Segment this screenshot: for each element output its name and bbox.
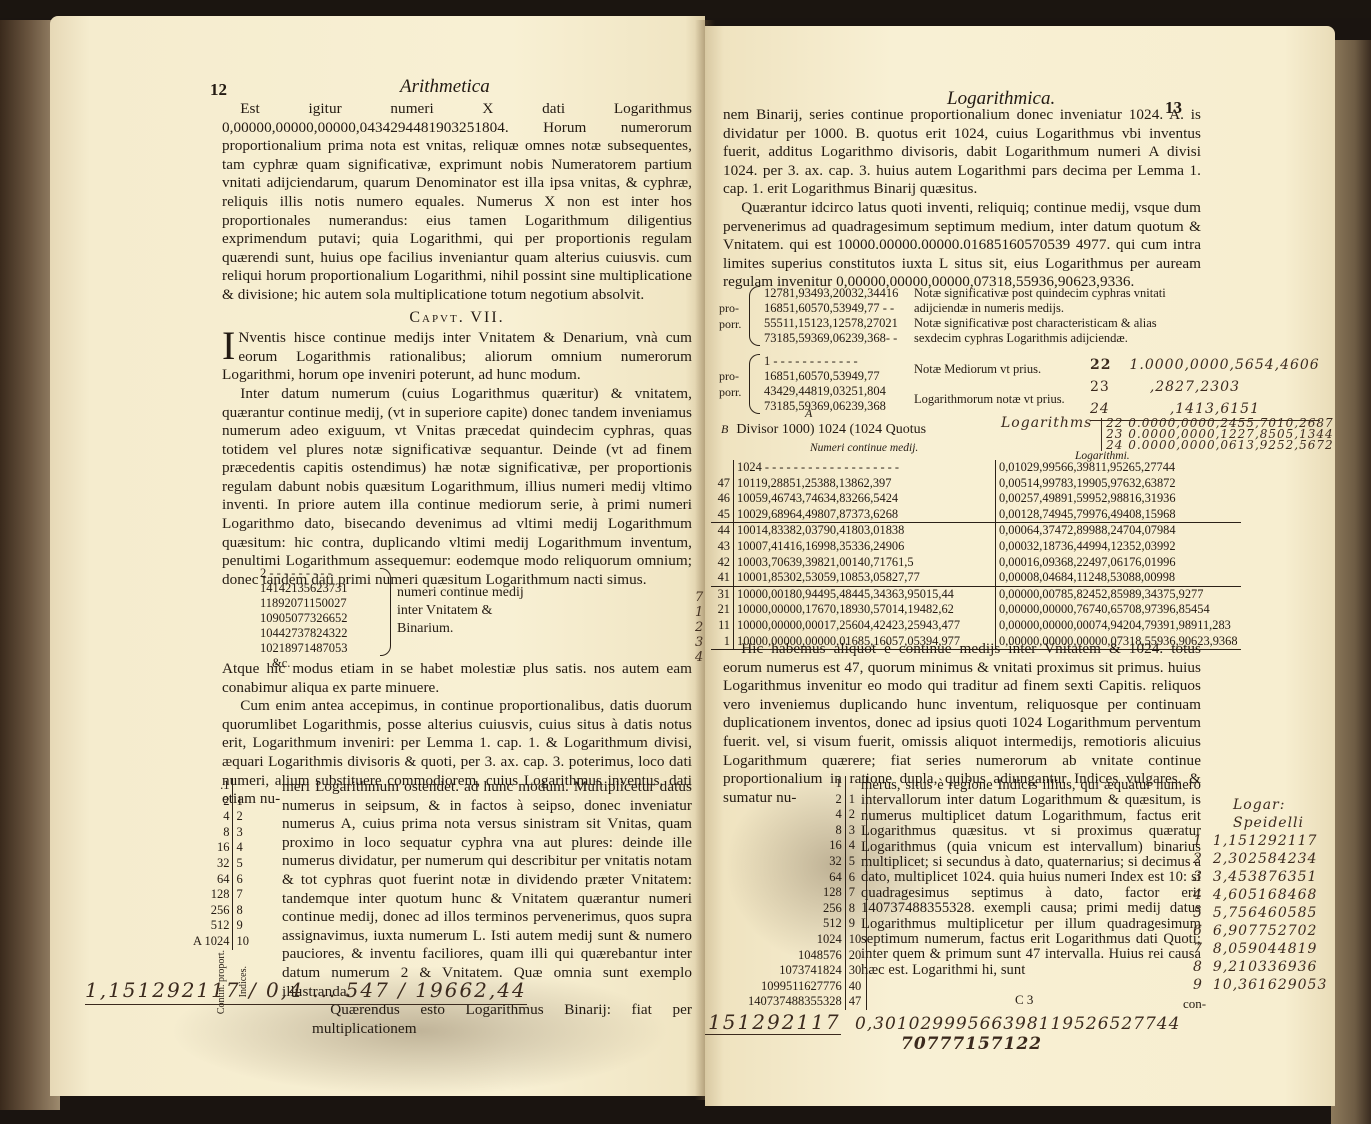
proportion-values-2: 1 - - - - - - - - - - - - 16851,60570,53…	[764, 354, 914, 414]
proportion-notes-1: Notæ significativæ post quindecim cyphra…	[914, 286, 1194, 346]
drop-cap: I	[222, 329, 235, 363]
left-brace	[749, 286, 760, 346]
left-page: 12 Arithmetica Est igitur numeri X dati …	[50, 16, 705, 1096]
book-spread: 12 Arithmetica Est igitur numeri X dati …	[0, 0, 1371, 1124]
handwritten-note-right-bottom: 0,30102999566398119526527744	[855, 1014, 1180, 1034]
left-paragraph-2: INventis hisce continue medijs inter Vni…	[222, 329, 692, 385]
chapter-title: Capvt. VII.	[222, 309, 692, 328]
right-brace	[380, 568, 391, 656]
table-row: 4510029,68964,49807,87373,62680,00128,74…	[711, 507, 1241, 523]
left-paragraph-7: Quærendus esto Logarithmus Binarij: fiat…	[282, 1001, 692, 1038]
right-page: Logarithmica. 13 nem Binarij, series con…	[705, 26, 1335, 1106]
table-row: 4610059,46743,74634,83266,54240,00257,49…	[711, 491, 1241, 507]
handwritten-note-left-bottom: 1,151292117 / 0,4 ... 547 / 19662,44	[85, 978, 527, 1005]
table-row: 4310007,41416,16998,35336,249060,00032,1…	[711, 539, 1241, 555]
table-row: 4410014,83382,03790,41803,018380,00064,3…	[711, 523, 1241, 539]
speidell-log-notes: Logar: Speidelli 11,151292117 22,3025842…	[1193, 796, 1335, 994]
means-table: 1024 - - - - - - - - - - - - - - - - - -…	[711, 460, 1241, 650]
table-row: 2110000,00000,17670,18930,57014,19482,62…	[711, 602, 1241, 618]
division-line: BDivisor 1000) 1024 (1024 Quotus	[721, 422, 926, 438]
table-row: 4710119,28851,25388,13862,3970,00514,997…	[711, 476, 1241, 492]
right-paragraph-4: merus, situs è regione Indicis illius, q…	[861, 778, 1201, 978]
left-paragraph-4: Atque hic modus etiam in se habet molest…	[222, 660, 692, 697]
left-brace	[749, 354, 760, 414]
binary-means-label: numeri continue medij inter Vnitatem & B…	[397, 584, 537, 638]
signature-mark: C 3	[1015, 992, 1033, 1008]
right-text-block-bottom: merus, situs è regione Indicis illius, q…	[861, 778, 1201, 978]
binary-means-block: 2 - - - - - - - - - 14142135623731 11892…	[260, 566, 537, 671]
right-paragraph-2: Quærantur idcirco latus quoti inventi, r…	[723, 199, 1201, 292]
page-number-left: 12	[210, 80, 227, 100]
right-cover-edge	[1331, 40, 1371, 1124]
binary-means-list: 2 - - - - - - - - - 14142135623731 11892…	[260, 566, 376, 671]
table-row: 4110001,85302,53059,10853,05827,770,0000…	[711, 570, 1241, 586]
proportion-block-2: pro- porr. 1 - - - - - - - - - - - - 168…	[719, 354, 1074, 414]
table-row: 1110000,00000,00017,25604,42423,25943,47…	[711, 618, 1241, 634]
handwritten-log-calc: Logarithms 22 0.0000,0000,2455,7010,2687…	[1001, 418, 1334, 451]
running-head-left: Arithmetica	[400, 76, 490, 98]
table-row: 3110000,00180,94495,48445,34363,95015,44…	[711, 586, 1241, 602]
handwritten-note-right-bottom-below: 70777157122	[901, 1034, 1042, 1054]
catchword: con-	[1183, 996, 1206, 1012]
proportion-notes-2: Notæ Mediorum vt prius. Logarithmorum no…	[914, 354, 1074, 414]
right-paragraph-1: nem Binarij, series continue proportiona…	[723, 106, 1201, 199]
handwritten-side-calc: 221.0000,0000,5654,4606 23,2827,2303 24,…	[1090, 354, 1320, 421]
proportion-label-2: pro- porr.	[719, 368, 747, 400]
left-paragraph-3: Inter datum numerum (cuius Logarithmus q…	[222, 385, 692, 590]
table-row: 1024 - - - - - - - - - - - - - - - - - -…	[711, 460, 1241, 476]
proportion-values-1: 12781,93493,20032,34416 16851,60570,5394…	[764, 286, 914, 346]
doubling-table: 1 21 42 83 164 325 646 1287 2568 5129 10…	[745, 776, 867, 1010]
label-a: A	[805, 406, 812, 421]
means-header-left: Numeri continue medij.	[810, 442, 918, 454]
left-paragraph-1: Est igitur numeri X dati Logarithmus 0,0…	[222, 100, 692, 305]
proportion-label-1: pro- porr.	[719, 300, 747, 332]
right-text-block-top: nem Binarij, series continue proportiona…	[723, 106, 1201, 292]
left-text-block-top: Est igitur numeri X dati Logarithmus 0,0…	[222, 100, 692, 589]
handwritten-note-right-bottom-left: 1,151292117	[705, 1010, 841, 1035]
table-row: 4210003,70639,39821,00140,71761,50,00016…	[711, 555, 1241, 571]
proportion-block-1: pro- porr. 12781,93493,20032,34416 16851…	[719, 286, 1194, 346]
left-paragraph-6: meri Logarithmum ostendet. ad hunc modum…	[282, 778, 692, 1001]
